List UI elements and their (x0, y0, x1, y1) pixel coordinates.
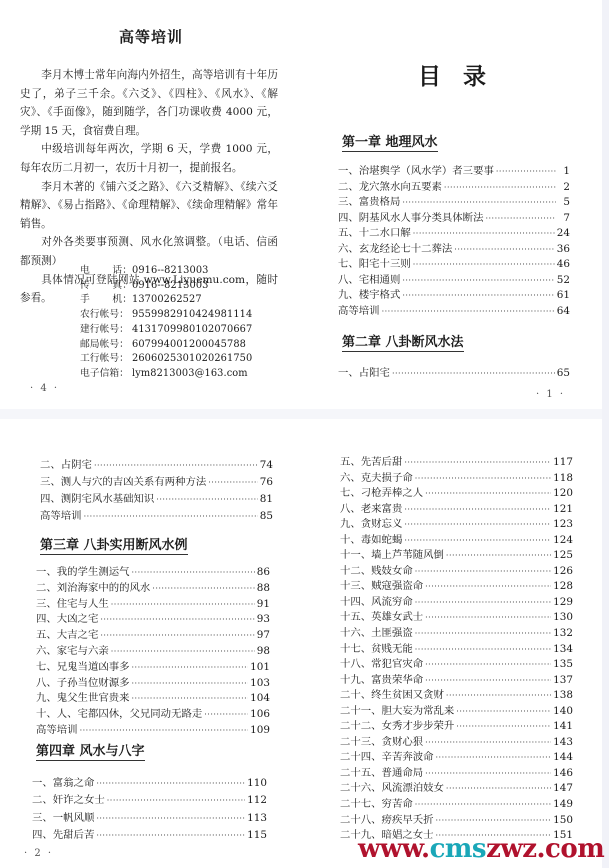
toc-entry[interactable]: 十六、土匪强盗132 (340, 626, 573, 642)
toc-entry[interactable]: 五、先苦后甜117 (340, 455, 573, 471)
toc-entry[interactable]: 四、阴基风水人事分类具体断法7 (338, 211, 570, 227)
toc-entry[interactable]: 九、楼宇格式61 (338, 288, 570, 304)
toc-entry[interactable]: 十、毒如蛇蝎124 (340, 533, 573, 549)
contact-postal-account: 邮局帐号： 607994001200045788 (80, 338, 252, 353)
toc-entry[interactable]: 三、富贵格局5 (338, 195, 570, 211)
toc-entry[interactable]: 高等培训109 (36, 723, 270, 739)
toc-entry[interactable]: 二十四、辛苦奔波命144 (340, 750, 573, 766)
toc-entry[interactable]: 八、子孙当位财源多103 (36, 676, 270, 692)
page-1-toc: 目录 第一章 地理风水 一、治堪舆学（风水学）者三要事1 二、龙穴煞水向五要素2… (302, 0, 602, 409)
toc-entry[interactable]: 二十一、胆大妄为常乱来140 (340, 704, 573, 720)
toc-entry[interactable]: 一、我的学生测运气86 (36, 565, 270, 581)
toc-entries-chapter2-cont: 二、占阴宅74 三、测人与穴的吉凶关系有两种方法76 四、测阴宅风水基础知识81… (40, 457, 273, 525)
toc-entry[interactable]: 三、一帆风顺113 (32, 810, 267, 827)
toc-entries-chapter1: 一、治堪舆学（风水学）者三要事1 二、龙穴煞水向五要素2 三、富贵格局5 四、阴… (338, 164, 570, 319)
contact-mobile: 手机： 13700262527 (80, 293, 252, 308)
toc-entry[interactable]: 五、大吉之宅97 (36, 628, 270, 644)
page-2-toc: 二、占阴宅74 三、测人与穴的吉凶关系有两种方法76 四、测阴宅风水基础知识81… (0, 419, 302, 868)
toc-entry[interactable]: 三、测人与穴的吉凶关系有两种方法76 (40, 474, 273, 491)
chapter-title: 第三章 八卦实用断风水例 (40, 534, 188, 555)
toc-entry[interactable]: 六、家宅与六亲98 (36, 644, 270, 660)
toc-entry[interactable]: 二十、终生贫困又贪财138 (340, 688, 573, 704)
promo-paragraph: 中级培训每年两次，学期 6 天，学费 1000 元，每年农历二月初一，农历十月初… (20, 140, 278, 177)
toc-entry[interactable]: 十四、风流穷命129 (340, 595, 573, 611)
toc-entry[interactable]: 八、老来富贵121 (340, 502, 573, 518)
promo-paragraph: 李月木博士常年向海内外招生，高等培训有十年历史了，弟子三千余。《六爻》、《四柱》… (20, 66, 278, 140)
toc-entry[interactable]: 八、宅相通则52 (338, 273, 570, 289)
toc-heading: 目录 (302, 58, 602, 91)
toc-entries-chapter4-cont: 五、先苦后甜117 六、克夫损子命118 七、刁枪弄棒之人120 八、老来富贵1… (340, 455, 573, 844)
toc-entry[interactable]: 二十二、女秀才步步荣升141 (340, 719, 573, 735)
toc-entry[interactable]: 二十五、普通命局146 (340, 766, 573, 782)
contact-ccb-account: 建行帐号： 4131709980102070667 (80, 323, 252, 338)
site-watermark: www.cmszwz.com (358, 834, 604, 864)
toc-entry[interactable]: 十、人、宅都囚休，父兄同动无路走106 (36, 707, 270, 723)
toc-entry[interactable]: 高等培训64 (338, 304, 570, 320)
page-3-toc: 五、先苦后甜117 六、克夫损子命118 七、刁枪弄棒之人120 八、老来富贵1… (302, 419, 602, 868)
contact-email: 电子信箱： lym8213003@163.com (80, 367, 252, 382)
page-number: · 2 · (24, 848, 53, 859)
toc-entry[interactable]: 十八、常犯官灾命135 (340, 657, 573, 673)
contact-phone: 电话： 0916--8213003 (80, 264, 252, 279)
toc-entry[interactable]: 四、先甜后苦115 (32, 827, 267, 844)
chapter-title: 第四章 风水与八字 (36, 740, 145, 761)
page-number: · 1 · (536, 389, 565, 400)
bottom-spread: 二、占阴宅74 三、测人与穴的吉凶关系有两种方法76 四、测阴宅风水基础知识81… (0, 419, 602, 868)
toc-entry[interactable]: 七、刁枪弄棒之人120 (340, 486, 573, 502)
toc-entry[interactable]: 二、奸诈之女士112 (32, 792, 267, 809)
chapter-title: 第二章 八卦断风水法 (342, 331, 464, 352)
toc-entry[interactable]: 四、测阴宅风水基础知识81 (40, 491, 273, 508)
toc-entry[interactable]: 高等培训85 (40, 508, 273, 525)
toc-entry[interactable]: 十一、墙上芦苇随风倒125 (340, 548, 573, 564)
contact-icbc-account: 工行帐号： 2606025301020261750 (80, 352, 252, 367)
toc-entry[interactable]: 一、富翁之命110 (32, 775, 267, 792)
toc-entry[interactable]: 七、阳宅十三则46 (338, 257, 570, 273)
top-spread: 高等培训 李月木博士常年向海内外招生，高等培训有十年历史了，弟子三千余。《六爻》… (0, 0, 602, 409)
toc-entry[interactable]: 十九、富贵荣华命137 (340, 673, 573, 689)
toc-entry[interactable]: 七、兄鬼当道凶事多101 (36, 660, 270, 676)
promo-title: 高等培训 (0, 26, 302, 47)
toc-entry[interactable]: 九、贪财忘义123 (340, 517, 573, 533)
toc-entry[interactable]: 二、龙穴煞水向五要素2 (338, 180, 570, 196)
toc-entry[interactable]: 五、十二水口解24 (338, 226, 570, 242)
toc-entry[interactable]: 九、鬼父生世官贵来104 (36, 691, 270, 707)
toc-entry[interactable]: 二十六、风流漂泊妓女147 (340, 781, 573, 797)
toc-entry[interactable]: 一、治堪舆学（风水学）者三要事1 (338, 164, 570, 180)
toc-entry[interactable]: 一、占阳宅65 (338, 366, 570, 382)
toc-entry[interactable]: 十三、贼寇强盗命128 (340, 579, 573, 595)
page-number: · 4 · (30, 383, 59, 394)
toc-entry[interactable]: 三、住宅与人生91 (36, 597, 270, 613)
toc-entry[interactable]: 二十三、贪财心狠143 (340, 735, 573, 751)
toc-entry[interactable]: 十七、贫贱无能134 (340, 642, 573, 658)
toc-entry[interactable]: 二十八、痨疾早夭折150 (340, 813, 573, 829)
toc-entry[interactable]: 二十七、穷苦命149 (340, 797, 573, 813)
toc-entry[interactable]: 四、大凶之宅93 (36, 612, 270, 628)
right-edge-strip (602, 0, 609, 868)
contact-list: 电话： 0916--8213003 传真： 0916--8213003 手机： … (80, 264, 252, 382)
toc-entries-chapter3: 一、我的学生测运气86 二、刘治海家中的的风水88 三、住宅与人生91 四、大凶… (36, 565, 270, 739)
toc-entries-chapter2: 一、占阳宅65 (338, 366, 570, 382)
toc-entry[interactable]: 二、刘治海家中的的风水88 (36, 581, 270, 597)
chapter-title: 第一章 地理风水 (342, 131, 438, 152)
toc-entry[interactable]: 二、占阴宅74 (40, 457, 273, 474)
toc-entry[interactable]: 六、克夫损子命118 (340, 471, 573, 487)
toc-entry[interactable]: 十二、贱妓女命126 (340, 564, 573, 580)
toc-entry[interactable]: 十五、英雄女武士130 (340, 610, 573, 626)
contact-fax: 传真： 0916--8213003 (80, 279, 252, 294)
toc-entry[interactable]: 六、玄龙经论七十二葬法36 (338, 242, 570, 258)
contact-abc-account: 农行帐号： 9559982910424981114 (80, 308, 252, 323)
page-4-training-info: 高等培训 李月木博士常年向海内外招生，高等培训有十年历史了，弟子三千余。《六爻》… (0, 0, 302, 409)
toc-entries-chapter4: 一、富翁之命110 二、奸诈之女士112 三、一帆风顺113 四、先甜后苦115 (32, 775, 267, 844)
promo-paragraph: 李月木著的《铺六爻之路》、《六爻精解》、《续六爻精解》、《易占指路》、《命理精解… (20, 178, 278, 234)
